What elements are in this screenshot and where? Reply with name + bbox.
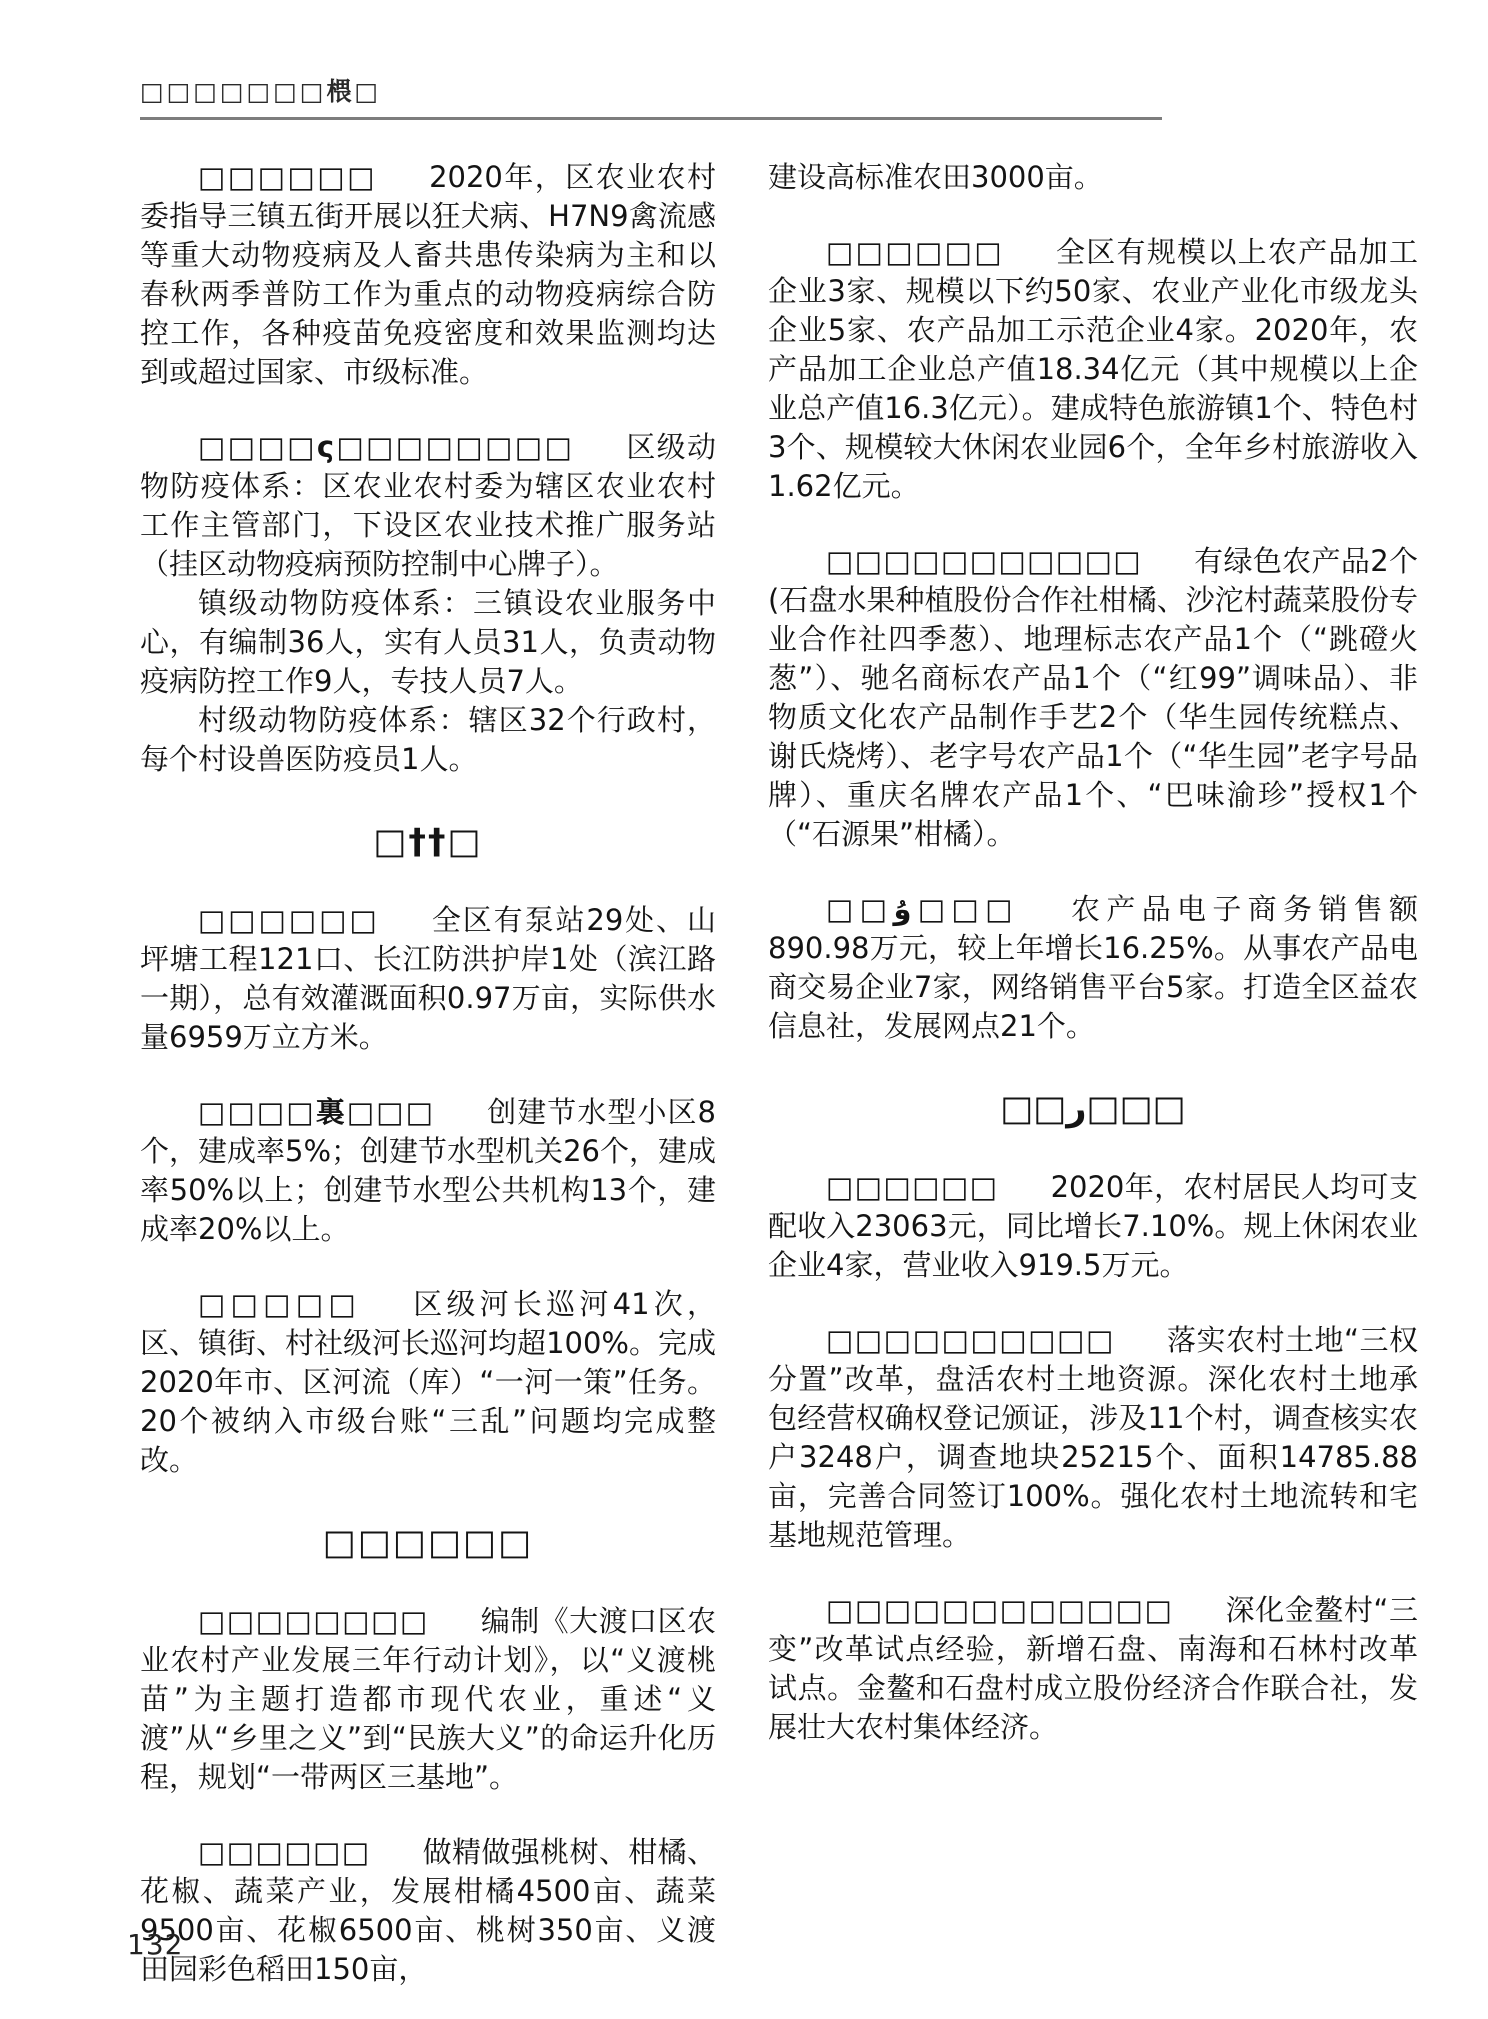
paragraph-text: 有绿色农产品2个(石盘水果种植股份合作社柑橘、沙沱村蔬菜股份专业合作社四季葱）、… — [768, 544, 1418, 851]
paragraph: □□□□ς□□□□□□□□区级动物防疫体系：区农业农村委为辖区农业农村工作主管部… — [140, 428, 716, 584]
section-heading: □□ر□□□ — [768, 1086, 1418, 1132]
paragraph: 建设高标准农田3000亩。 — [768, 158, 1418, 197]
paragraph-lead: □□□□□□□□□□ — [826, 1323, 1115, 1357]
paragraph-lead: □□□□裏□□□ — [198, 1095, 435, 1129]
paragraph-text: 全区有规模以上农产品加工企业3家、规模以下约50家、农业产业化市级龙头企业5家、… — [768, 235, 1418, 503]
paragraph-lead: □□□□□□ — [198, 903, 380, 937]
paragraph: □□□□□□□□□□落实农村土地“三权分置”改革，盘活农村土地资源。深化农村土地… — [768, 1321, 1418, 1555]
paragraph: □□□□□区级河长巡河41次，区、镇街、村社级河长巡河均超100%。完成2020… — [140, 1285, 716, 1480]
paragraph: □□□□□□做精做强桃树、柑橘、花椒、蔬菜产业，发展柑橘4500亩、蔬菜9500… — [140, 1833, 716, 1989]
paragraph: □□□□□□□□□□□有绿色农产品2个(石盘水果种植股份合作社柑橘、沙沱村蔬菜股… — [768, 542, 1418, 854]
page-number: 132 — [127, 1928, 183, 1961]
paragraph: □□□□□□2020年，农村居民人均可支配收入23063元，同比增长7.10%。… — [768, 1168, 1418, 1285]
paragraph: □□□□□□2020年，区农业农村委指导三镇五街开展以狂犬病、H7N9禽流感等重… — [140, 158, 716, 392]
paragraph-lead: □□ۇ□□□ — [826, 892, 1019, 926]
paragraph-lead: □□□□□□□□□□□□ — [826, 1593, 1174, 1627]
paragraph-text: 村级动物防疫体系：辖区32个行政村，每个村设兽医防疫员1人。 — [140, 703, 716, 776]
paragraph: □□□□裏□□□创建节水型小区8个，建成率5%；创建节水型机关26个，建成率50… — [140, 1093, 716, 1249]
paragraph-lead: □□□□□□□□□□□ — [826, 544, 1142, 578]
paragraph: 村级动物防疫体系：辖区32个行政村，每个村设兽医防疫员1人。 — [140, 701, 716, 779]
section-heading: □††□ — [140, 819, 716, 865]
header-title: □□□□□□□椳□ — [140, 72, 1420, 108]
paragraph-lead: □□□□□□ — [826, 1170, 999, 1204]
right-column: 建设高标准农田3000亩。□□□□□□全区有规模以上农产品加工企业3家、规模以下… — [768, 158, 1418, 1989]
paragraph-text: 落实农村土地“三权分置”改革，盘活农村土地资源。深化农村土地承包经营权确权登记颁… — [768, 1323, 1418, 1552]
paragraph-lead: □□□□□□ — [826, 235, 1004, 269]
text-columns: □□□□□□2020年，区农业农村委指导三镇五街开展以狂犬病、H7N9禽流感等重… — [140, 158, 1420, 1989]
section-heading: □□□□□□ — [140, 1520, 716, 1566]
left-column: □□□□□□2020年，区农业农村委指导三镇五街开展以狂犬病、H7N9禽流感等重… — [140, 158, 716, 1989]
paragraph-lead: □□□□□ — [198, 1287, 361, 1321]
document-page: □□□□□□□椳□ □□□□□□2020年，区农业农村委指导三镇五街开展以狂犬病… — [140, 72, 1420, 1989]
paragraph-lead: □□□□□□□□ — [198, 1604, 429, 1638]
paragraph-lead: □□□□ς□□□□□□□□ — [198, 430, 574, 464]
paragraph: □□□□□□□□□□□□深化金鳌村“三变”改革试点经验，新增石盘、南海和石林村改… — [768, 1591, 1418, 1747]
paragraph-text: 2020年，区农业农村委指导三镇五街开展以狂犬病、H7N9禽流感等重大动物疫病及… — [140, 160, 716, 389]
paragraph: □□□□□□全区有泵站29处、山坪塘工程121口、长江防洪护岸1处（滨江路一期）… — [140, 901, 716, 1057]
header-rule — [140, 117, 1162, 120]
paragraph-text: 建设高标准农田3000亩。 — [768, 160, 1103, 194]
paragraph: 镇级动物防疫体系：三镇设农业服务中心，有编制36人，实有人员31人，负责动物疫病… — [140, 584, 716, 701]
paragraph-text: 镇级动物防疫体系：三镇设农业服务中心，有编制36人，实有人员31人，负责动物疫病… — [140, 586, 716, 698]
paragraph: □□□□□□全区有规模以上农产品加工企业3家、规模以下约50家、农业产业化市级龙… — [768, 233, 1418, 506]
paragraph-lead: □□□□□□ — [198, 1835, 371, 1869]
paragraph-lead: □□□□□□ — [198, 160, 377, 194]
paragraph: □□□□□□□□编制《大渡口区农业农村产业发展三年行动计划》，以“义渡桃苗”为主… — [140, 1602, 716, 1797]
paragraph: □□ۇ□□□农产品电子商务销售额890.98万元，较上年增长16.25%。从事农… — [768, 890, 1418, 1046]
